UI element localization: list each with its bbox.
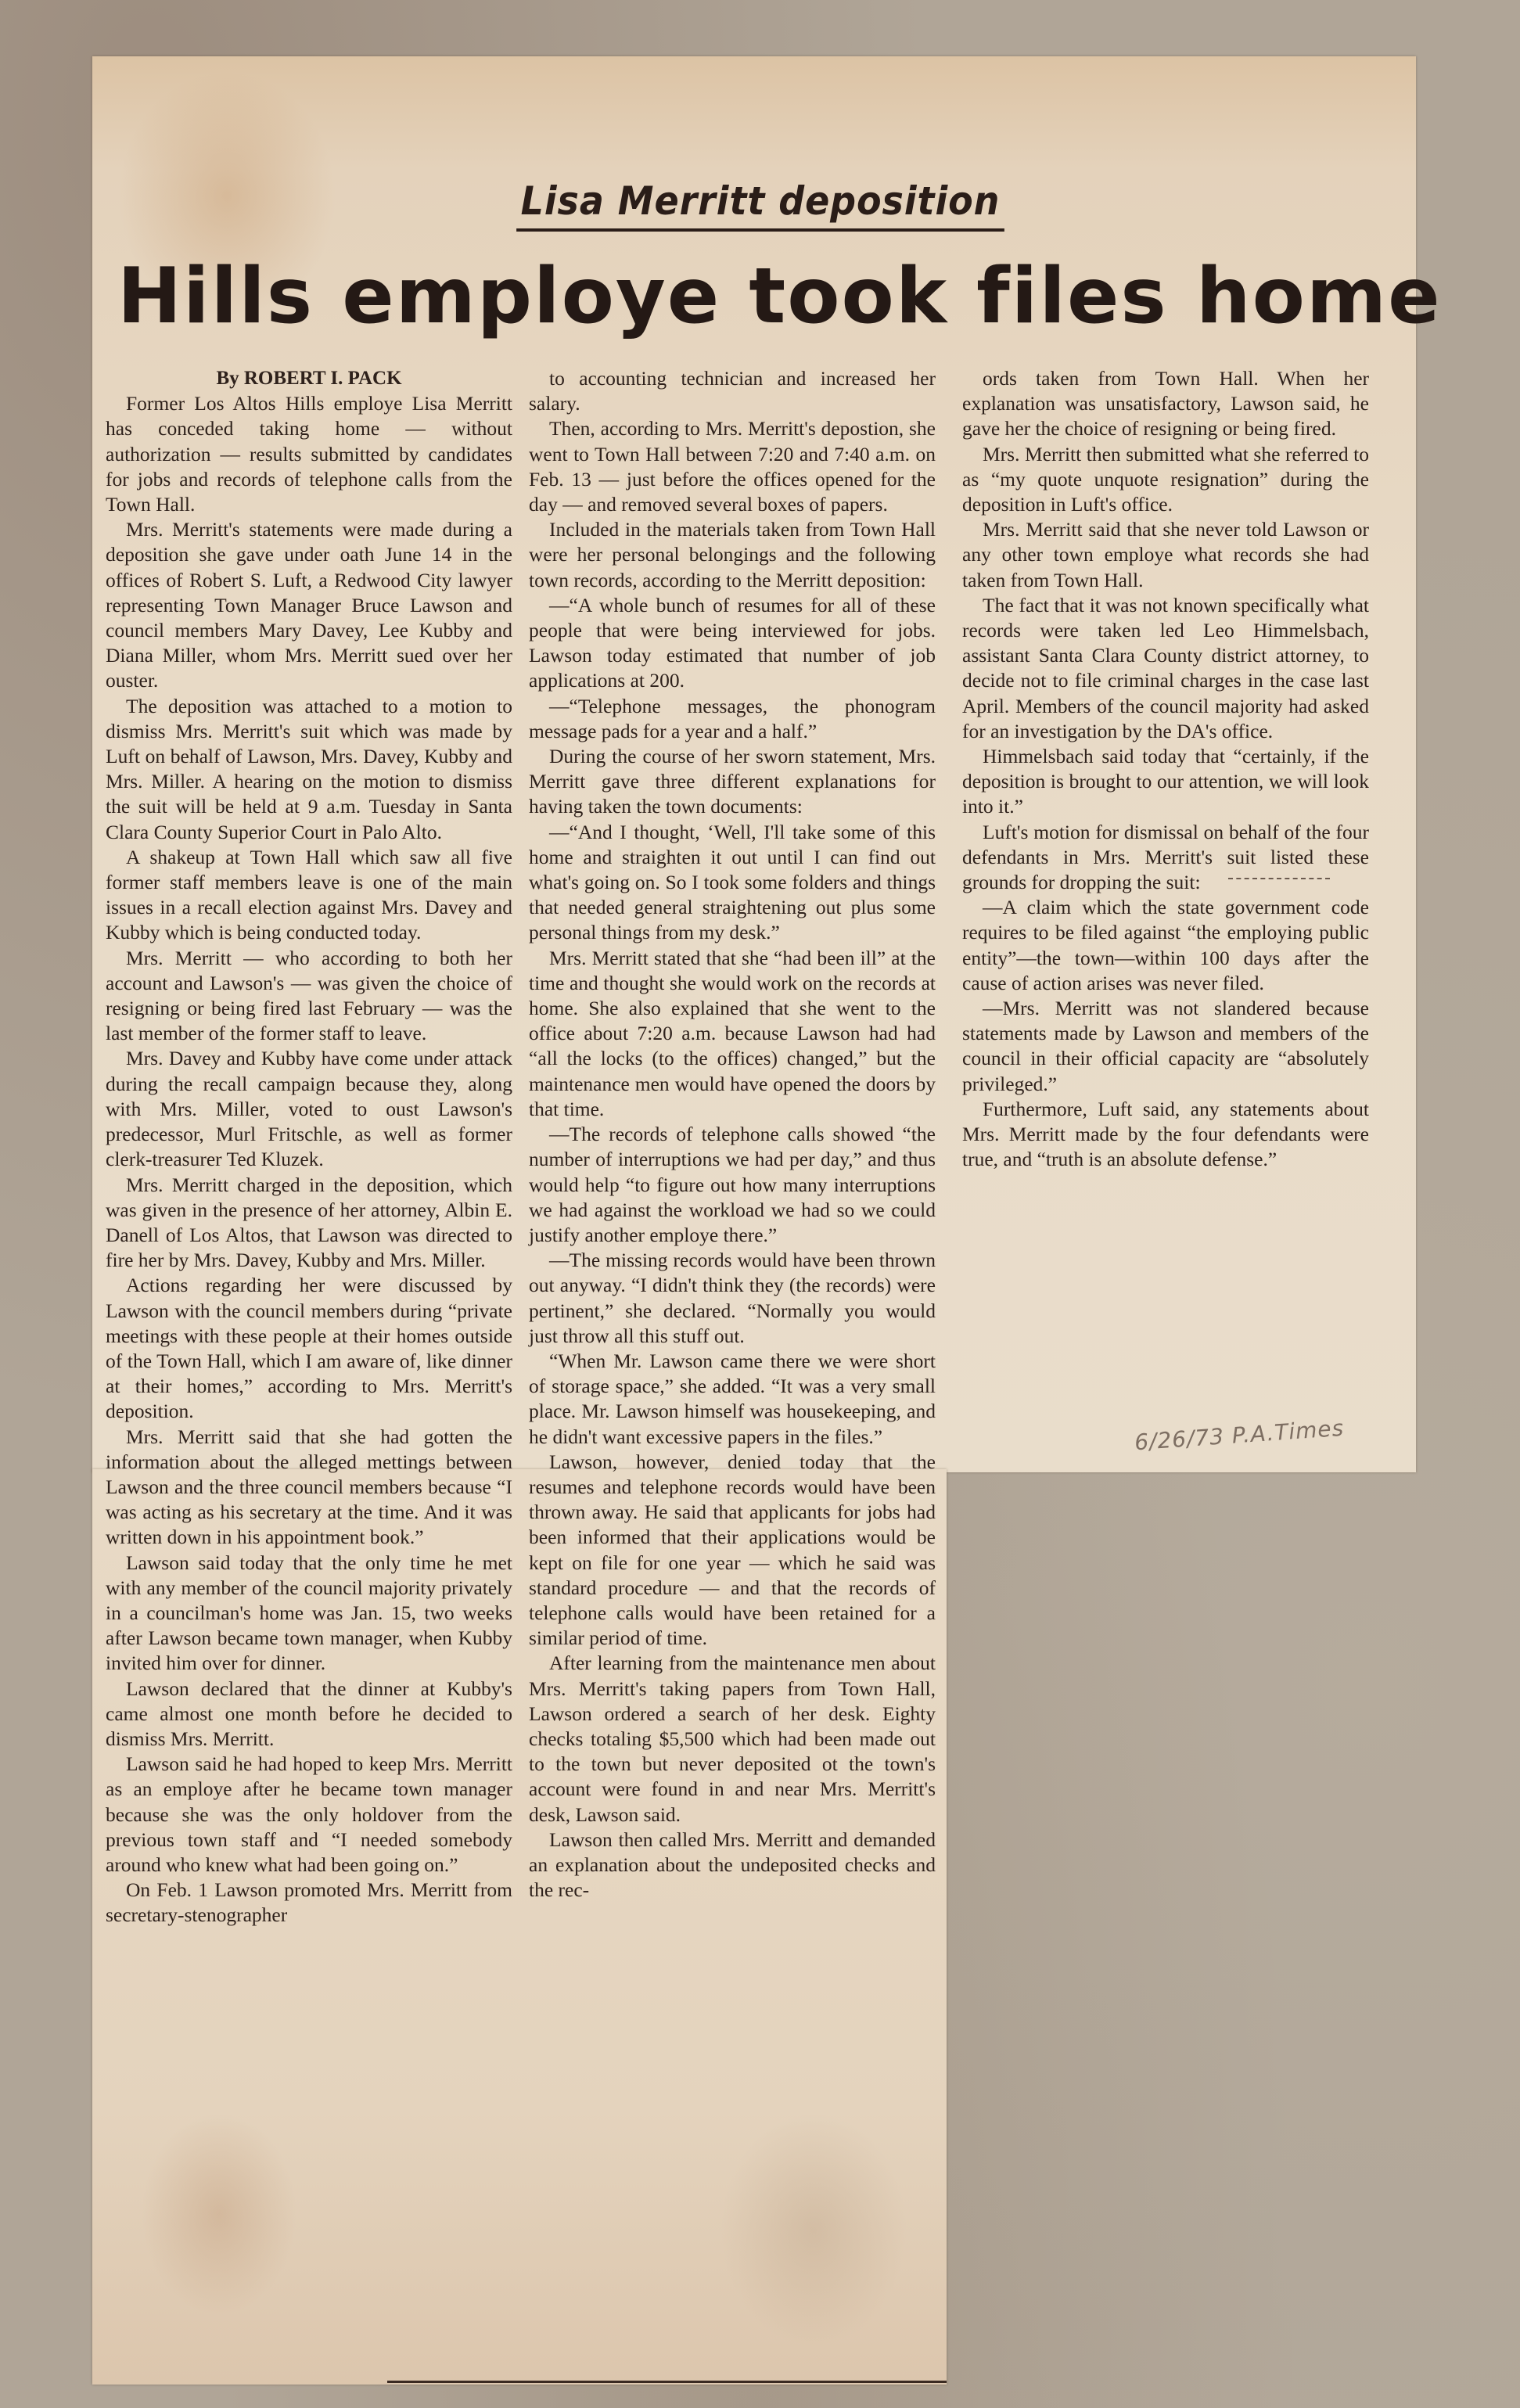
article-paragraph: Lawson said he had hoped to keep Mrs. Me… — [106, 1752, 512, 1878]
article-kicker: Lisa Merritt deposition — [0, 178, 1520, 232]
article-paragraph: Luft's motion for dismissal on behalf of… — [962, 820, 1369, 896]
article-paragraph: Included in the materials taken from Tow… — [529, 517, 936, 593]
article-paragraph: Then, according to Mrs. Merritt's depost… — [529, 416, 936, 517]
article-paragraph: Mrs. Merritt then submitted what she ref… — [962, 442, 1369, 518]
article-column-1: By ROBERT I. PACK Former Los Altos Hills… — [106, 366, 512, 1928]
article-paragraph: Furthermore, Luft said, any statements a… — [962, 1097, 1369, 1173]
article-paragraph: —Mrs. Merritt was not slandered because … — [962, 996, 1369, 1097]
article-paragraph: Lawson, however, denied today that the r… — [529, 1450, 936, 1651]
article-paragraph: Actions regarding her were discussed by … — [106, 1273, 512, 1424]
article-paragraph: After learning from the maintenance men … — [529, 1651, 936, 1827]
byline: By ROBERT I. PACK — [106, 366, 512, 391]
article-paragraph: to accounting technician and increased h… — [529, 366, 936, 416]
article-paragraph: —“A whole bunch of resumes for all of th… — [529, 593, 936, 694]
article-paragraph: During the course of her sworn statement… — [529, 744, 936, 820]
article-paragraph: Mrs. Merritt's statements were made duri… — [106, 517, 512, 693]
article-column-3: ords taken from Town Hall. When her expl… — [962, 366, 1369, 1173]
article-paragraph: On Feb. 1 Lawson promoted Mrs. Merritt f… — [106, 1878, 512, 1928]
article-paragraph: —The missing records would have been thr… — [529, 1248, 936, 1349]
article-paragraph: A shakeup at Town Hall which saw all fiv… — [106, 845, 512, 946]
article-paragraph: Mrs. Merritt — who according to both her… — [106, 946, 512, 1047]
article-paragraph: Mrs. Merritt stated that she “had been i… — [529, 946, 936, 1122]
column-divider — [1228, 878, 1330, 880]
article-paragraph: Former Los Altos Hills employe Lisa Merr… — [106, 391, 512, 517]
kicker-text: Lisa Merritt deposition — [516, 178, 1004, 232]
article-paragraph: Mrs. Davey and Kubby have come under att… — [106, 1046, 512, 1172]
article-headline: Hills employe took files home — [117, 258, 1369, 335]
article-paragraph: —“Telephone messages, the phonogram mess… — [529, 694, 936, 744]
article-paragraph: The fact that it was not known specifica… — [962, 593, 1369, 744]
article-paragraph: Lawson declared that the dinner at Kubby… — [106, 1677, 512, 1752]
article-paragraph: The deposition was attached to a motion … — [106, 694, 512, 845]
article-paragraph: —The records of telephone calls showed “… — [529, 1122, 936, 1248]
article-paragraph: —A claim which the state government code… — [962, 895, 1369, 996]
article-paragraph: —“And I thought, ‘Well, I'll take some o… — [529, 820, 936, 946]
article-column-2: to accounting technician and increased h… — [529, 366, 936, 1903]
bottom-rule — [387, 2381, 947, 2383]
article-paragraph: Mrs. Merritt charged in the deposition, … — [106, 1173, 512, 1274]
article-paragraph: Lawson said today that the only time he … — [106, 1551, 512, 1677]
article-paragraph: “When Mr. Lawson came there we were shor… — [529, 1349, 936, 1450]
article-paragraph: Lawson then called Mrs. Merritt and dema… — [529, 1828, 936, 1903]
article-paragraph: ords taken from Town Hall. When her expl… — [962, 366, 1369, 442]
article-paragraph: Mrs. Merritt said that she never told La… — [962, 517, 1369, 593]
article-paragraph: Himmelsbach said today that “certainly, … — [962, 744, 1369, 820]
article-paragraph: Mrs. Merritt said that she had gotten th… — [106, 1425, 512, 1551]
